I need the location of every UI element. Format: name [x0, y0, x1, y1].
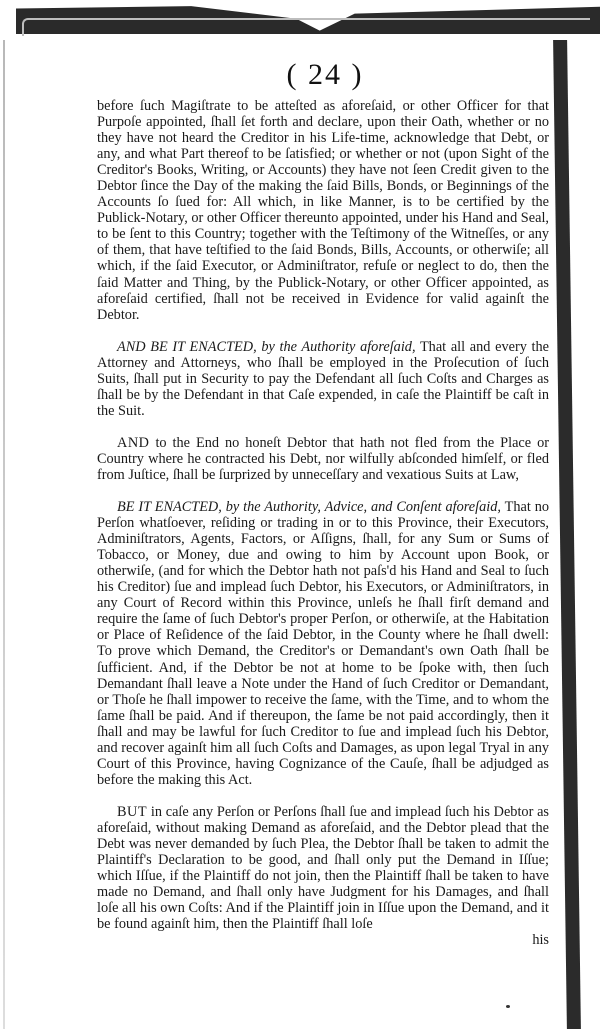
scan-speck: [506, 1005, 510, 1008]
enacting-clause: AND BE IT ENACTED, by the Authority afor…: [117, 339, 416, 355]
paragraph-1: before ſuch Magiſtrate to be atteſted as…: [97, 98, 549, 323]
paragraph-2: AND BE IT ENACTED, by the Authority afor…: [97, 339, 549, 419]
paragraph-text: in caſe any Perſon or Perſons ſhall ſue …: [97, 804, 549, 932]
paragraph-3: AND to the End no honeſt Debtor that hat…: [97, 435, 549, 483]
paragraph-4: BE IT ENACTED, by the Authority, Advice,…: [97, 499, 549, 788]
paragraph-text: before ſuch Magiſtrate to be atteſted as…: [97, 98, 549, 323]
page-number: ( 24 ): [0, 58, 600, 92]
paragraph-5: BUT in caſe any Perſon or Perſons ſhall …: [97, 804, 549, 932]
enacting-clause: BE IT ENACTED, by the Authority, Advice,…: [117, 499, 501, 515]
catchword: his: [97, 932, 549, 949]
paragraph-text: to the End no honeſt Debtor that hath no…: [97, 435, 549, 483]
scan-border-left: [3, 40, 5, 1029]
document-body: before ſuch Magiſtrate to be atteſted as…: [97, 98, 549, 932]
paragraph-text: That no Perſon whatſoever, reſiding or t…: [97, 499, 549, 788]
paragraph-lead: BUT: [117, 804, 147, 820]
paragraph-lead: AND: [117, 435, 149, 451]
scan-border-right: [553, 40, 581, 1029]
scan-page-edge: [22, 18, 590, 36]
